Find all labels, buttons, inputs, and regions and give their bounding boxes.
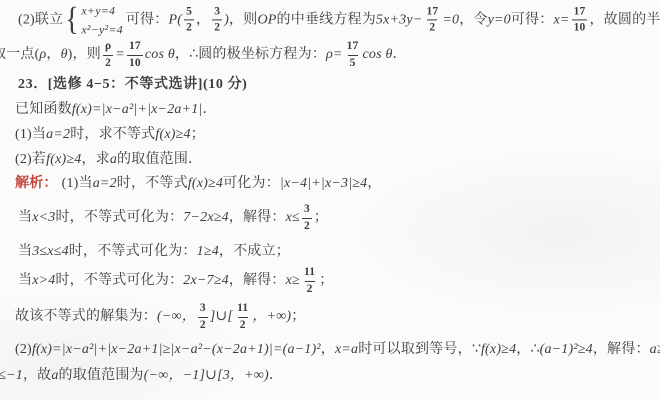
fraction-denominator: 2: [198, 317, 208, 332]
fraction-denominator: 10: [127, 55, 143, 70]
math-run: x≥: [286, 274, 300, 288]
math-run: f(x)≥4: [155, 128, 190, 142]
brace-symbol: {: [66, 5, 80, 35]
heading-text: 23．[选修 4−5：不等式选讲](10 分): [18, 78, 247, 92]
fraction-denominator: 10: [572, 20, 588, 35]
fraction-numerator: 17: [424, 6, 440, 20]
math-run: x<3: [32, 211, 55, 225]
fraction-denominator: 2: [238, 317, 248, 332]
text-run: 当: [18, 274, 32, 288]
solution-23-part2-line2: a≤−1，故 a 的取值范围为(−∞，−1]∪[3，+∞)．: [0, 369, 283, 383]
text-run: ．: [269, 369, 283, 383]
text-run: (2)若: [15, 153, 46, 167]
math-run: |x−4|+|x−3|≥4: [280, 177, 367, 191]
text-run: 的取值范围．: [117, 153, 202, 167]
text-run: ，: [196, 13, 210, 27]
text-run: 可化为：: [223, 177, 280, 191]
text-run: ；: [319, 274, 333, 288]
fraction-numerator: 17: [572, 6, 588, 20]
solution-23-case2: 当 3≤x≤4 时，不等式可化为：1≥4，不成立；: [18, 245, 290, 259]
math-run: P(: [168, 13, 182, 27]
text-run: ；: [191, 128, 205, 142]
text-run: ；: [291, 310, 305, 324]
text-run: 时，求不等式: [70, 128, 155, 142]
text-run: (2): [15, 343, 32, 357]
equation-system: {x+y=4x²−y²=4: [64, 1, 123, 38]
solution-23-case1: 当 x<3 时，不等式可化为：7−2x≥4，解得：x≤32；: [18, 204, 328, 232]
text-run: ，: [367, 177, 381, 191]
text-run: 已知函数: [15, 103, 72, 117]
math-run: OP: [257, 13, 276, 27]
solution-23-case3: 当 x>4 时，不等式可化为：2x−7≥4，解得：x≥112；: [18, 267, 333, 295]
math-run: 5x+3y−: [376, 13, 423, 27]
text-run: ，则: [229, 13, 257, 27]
fraction-denominator: 2: [427, 20, 437, 35]
math-run: 2x−7≥4: [183, 274, 229, 288]
math-run: y=0: [488, 13, 511, 27]
math-run: ]∪[: [210, 310, 233, 324]
text-run: ，解得：: [229, 211, 286, 225]
math-run: x>4: [32, 274, 55, 288]
text-run: 时可以取到等号，∵: [358, 343, 481, 357]
solution-22-part2-line2: 取一点(ρ，θ)，则ρ2=1710cos θ，∴圆的极坐标方程为：ρ=175co…: [0, 41, 407, 69]
text-run: 可得：: [511, 13, 554, 27]
fraction: 172: [424, 6, 440, 34]
math-run: x≤: [286, 211, 300, 225]
fraction: 52: [184, 6, 194, 34]
equation-row: x+y=4: [81, 1, 122, 20]
problem-23-part1: (1)当 a=2 时，求不等式 f(x)≥4；: [15, 128, 205, 142]
equation-rows: x+y=4x²−y²=4: [81, 1, 122, 38]
fraction-numerator: 17: [345, 41, 361, 55]
text-run: ．: [203, 103, 217, 117]
text-run: (2)联立: [18, 13, 63, 27]
text-run: ．: [393, 48, 407, 62]
math-run: ，+∞): [252, 310, 291, 324]
text-run: (1)当: [62, 177, 93, 191]
text-run: 的中垂线方程为: [277, 13, 376, 27]
fraction: ρ2: [103, 41, 113, 69]
fraction-denominator: 5: [348, 55, 358, 70]
fraction-denominator: 2: [212, 20, 222, 35]
math-run: 7−2x≥4: [183, 211, 229, 225]
text-run: 可得：: [126, 13, 169, 27]
problem-23-heading: 23．[选修 4−5：不等式选讲](10 分): [18, 78, 247, 92]
math-run: 1≥4: [197, 245, 219, 259]
problem-23-part2: (2)若 f(x)≥4，求 a 的取值范围．: [15, 153, 202, 167]
fraction-numerator: 11: [235, 303, 250, 317]
text-run: ，故: [23, 369, 51, 383]
text-run: ，∴圆的极坐标方程为：: [175, 48, 326, 62]
fraction-numerator: 17: [127, 41, 143, 55]
text-run: 当: [18, 211, 32, 225]
math-run: f(x)=|x−a²|+|x−2a+1|≥|x−a²−(x−2a+1)|=(a−…: [32, 343, 321, 357]
text-run: )，则: [68, 48, 101, 62]
text-run: ，故圆的半径为: [589, 13, 660, 27]
text-run: ，求: [81, 153, 109, 167]
math-run: cos θ: [145, 48, 175, 62]
math-solution-page: (2)联立{x+y=4x²−y²=4可得：P(52，32)，则 OP 的中垂线方…: [0, 0, 660, 400]
fraction-denominator: 2: [184, 20, 194, 35]
math-run: (−∞，−1]∪[3，+∞): [144, 369, 269, 383]
fraction: 112: [235, 303, 250, 331]
fraction-numerator: 3: [198, 303, 208, 317]
fraction-numerator: 3: [212, 6, 222, 20]
math-run: f(x)≥4: [481, 343, 516, 357]
fraction-numerator: 3: [302, 204, 312, 218]
math-run: ρ=: [326, 48, 343, 62]
fraction: 32: [302, 204, 312, 232]
text-run: ，解得：: [593, 343, 650, 357]
math-run: (a−1)²≥4: [540, 343, 593, 357]
fraction: 32: [212, 6, 222, 34]
fraction-denominator: 2: [103, 55, 113, 70]
text-run: 时，不等式可化为：: [55, 274, 183, 288]
fraction: 1710: [572, 6, 588, 34]
math-run: ρ: [39, 48, 46, 62]
text-run: ，不成立；: [219, 245, 290, 259]
math-run: a≥3: [650, 343, 660, 357]
fraction-numerator: 5: [184, 6, 194, 20]
text-run: ，: [321, 343, 335, 357]
fraction: 175: [345, 41, 361, 69]
text-run: 的取值范围为: [59, 369, 144, 383]
math-run: x=: [554, 13, 570, 27]
fraction: 32: [198, 303, 208, 331]
math-run: x=a: [335, 343, 358, 357]
solution-23-line1: 解析：(1)当 a=2 时，不等式 f(x)≥4 可化为：|x−4|+|x−3|…: [15, 177, 382, 191]
math-run: =0: [442, 13, 459, 27]
fraction-numerator: 11: [302, 267, 317, 281]
math-run: (−∞，: [157, 310, 196, 324]
math-run: a: [110, 153, 117, 167]
fraction: 1710: [127, 41, 143, 69]
text-run: 取一点(: [0, 48, 39, 62]
text-run: 时，不等式: [117, 177, 188, 191]
text-run: 时，不等式可化为：: [55, 211, 183, 225]
text-run: ，∴: [516, 343, 539, 357]
math-run: f(x)≥4: [46, 153, 81, 167]
text-run: 时，不等式可化为：: [69, 245, 197, 259]
solution-23-solution-set: 故该不等式的解集为：(−∞，32]∪[112，+∞)；: [15, 303, 305, 331]
math-run: a=2: [46, 128, 70, 142]
fraction-denominator: 2: [305, 281, 315, 296]
text-run: ，令: [459, 13, 487, 27]
text-run: 故该不等式的解集为：: [15, 310, 157, 324]
text-run: ；: [314, 211, 328, 225]
answer-label: 解析：: [15, 177, 58, 191]
text-run: ，解得：: [229, 274, 286, 288]
equation-row: x²−y²=4: [81, 20, 122, 39]
math-run: 3≤x≤4: [32, 245, 69, 259]
math-run: θ: [61, 48, 68, 62]
math-run: =: [115, 48, 125, 62]
solution-23-part2-line1: (2)f(x)=|x−a²|+|x−2a+1|≥|x−a²−(x−2a+1)|=…: [15, 343, 660, 357]
text-run: (1)当: [15, 128, 46, 142]
math-run: f(x)=|x−a²|+|x−2a+1|: [72, 103, 203, 117]
fraction: 112: [302, 267, 317, 295]
math-run: a≤−1: [0, 369, 23, 383]
fraction-denominator: 2: [302, 218, 312, 233]
text-run: 当: [18, 245, 32, 259]
math-run: a=2: [93, 177, 117, 191]
problem-23-given: 已知函数 f(x)=|x−a²|+|x−2a+1|．: [15, 103, 217, 117]
fraction-numerator: ρ: [103, 41, 113, 55]
solution-22-part2-line1: (2)联立{x+y=4x²−y²=4可得：P(52，32)，则 OP 的中垂线方…: [18, 1, 660, 38]
math-run: a: [51, 369, 58, 383]
math-run: cos θ: [363, 48, 393, 62]
text-run: ，: [46, 48, 60, 62]
math-run: f(x)≥4: [188, 177, 223, 191]
